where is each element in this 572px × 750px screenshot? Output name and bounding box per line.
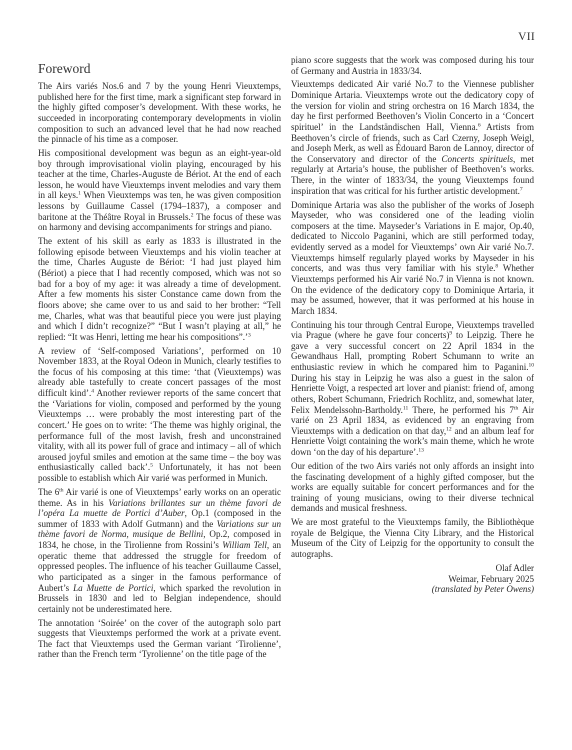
paragraph: The annotation ‘Soirée’ on the cover of … xyxy=(38,618,281,661)
paragraph: The 6th Air varié is one of Vieuxtemps’ … xyxy=(38,487,281,615)
italic-title: Concerts spirituels xyxy=(442,154,514,164)
text-run: Dominique Artaria was also the publisher… xyxy=(291,200,534,274)
text-run: Another reviewer reports of the same con… xyxy=(38,388,281,472)
paragraph: Continuing his tour through Central Euro… xyxy=(291,320,534,458)
paragraph: We are most grateful to the Vieuxtemps f… xyxy=(291,517,534,560)
paragraph: The Airs variés Nos.6 and 7 by the young… xyxy=(38,81,281,145)
paragraph: Dominique Artaria was also the publisher… xyxy=(291,200,534,317)
paragraph: Our edition of the two Airs variés not o… xyxy=(291,461,534,514)
paragraph: piano score suggests that the work was c… xyxy=(291,55,534,76)
italic-title: La Muette de Portici xyxy=(73,583,153,593)
author-name: Olaf Adler xyxy=(291,563,534,574)
right-column: piano score suggests that the work was c… xyxy=(291,55,534,595)
signature-block: Olaf Adler Weimar, February 2025 (transl… xyxy=(291,563,534,595)
translator-credit: (translated by Peter Owens) xyxy=(291,584,534,595)
italic-title: William Tell xyxy=(222,540,267,550)
paragraph: Vieuxtemps dedicated Air varié No.7 to t… xyxy=(291,79,534,196)
footnote-ref: 10 xyxy=(529,363,535,369)
text-run: There, he performed his 7 xyxy=(408,405,514,415)
footnote-ref: 3 xyxy=(248,332,251,338)
paragraph: His compositional development was begun … xyxy=(38,148,281,233)
text-run: We are most grateful to the Vieuxtemps f… xyxy=(291,517,534,559)
page-number: VII xyxy=(518,31,535,43)
text-run: piano score suggests that the work was c… xyxy=(291,55,534,76)
right-paragraphs: piano score suggests that the work was c… xyxy=(291,55,534,560)
text-run: The extent of his skill as early as 1833… xyxy=(38,236,281,342)
paragraph: The extent of his skill as early as 1833… xyxy=(38,236,281,342)
page-title: Foreword xyxy=(38,61,281,77)
footnote-ref: 7 xyxy=(520,186,523,192)
paragraph: A review of ‘Self-composed Variations’, … xyxy=(38,346,281,484)
text-run: Our edition of the two Airs variés not o… xyxy=(291,461,534,514)
left-paragraphs: The Airs variés Nos.6 and 7 by the young… xyxy=(38,81,281,660)
left-column: Foreword The Airs variés Nos.6 and 7 by … xyxy=(38,61,281,663)
place-date: Weimar, February 2025 xyxy=(291,574,534,585)
text-run: The 6 xyxy=(38,487,59,497)
text-run: The Airs variés Nos.6 and 7 by the young… xyxy=(38,81,281,144)
text-run: The annotation ‘Soirée’ on the cover of … xyxy=(38,618,281,660)
footnote-ref: 13 xyxy=(418,448,424,454)
